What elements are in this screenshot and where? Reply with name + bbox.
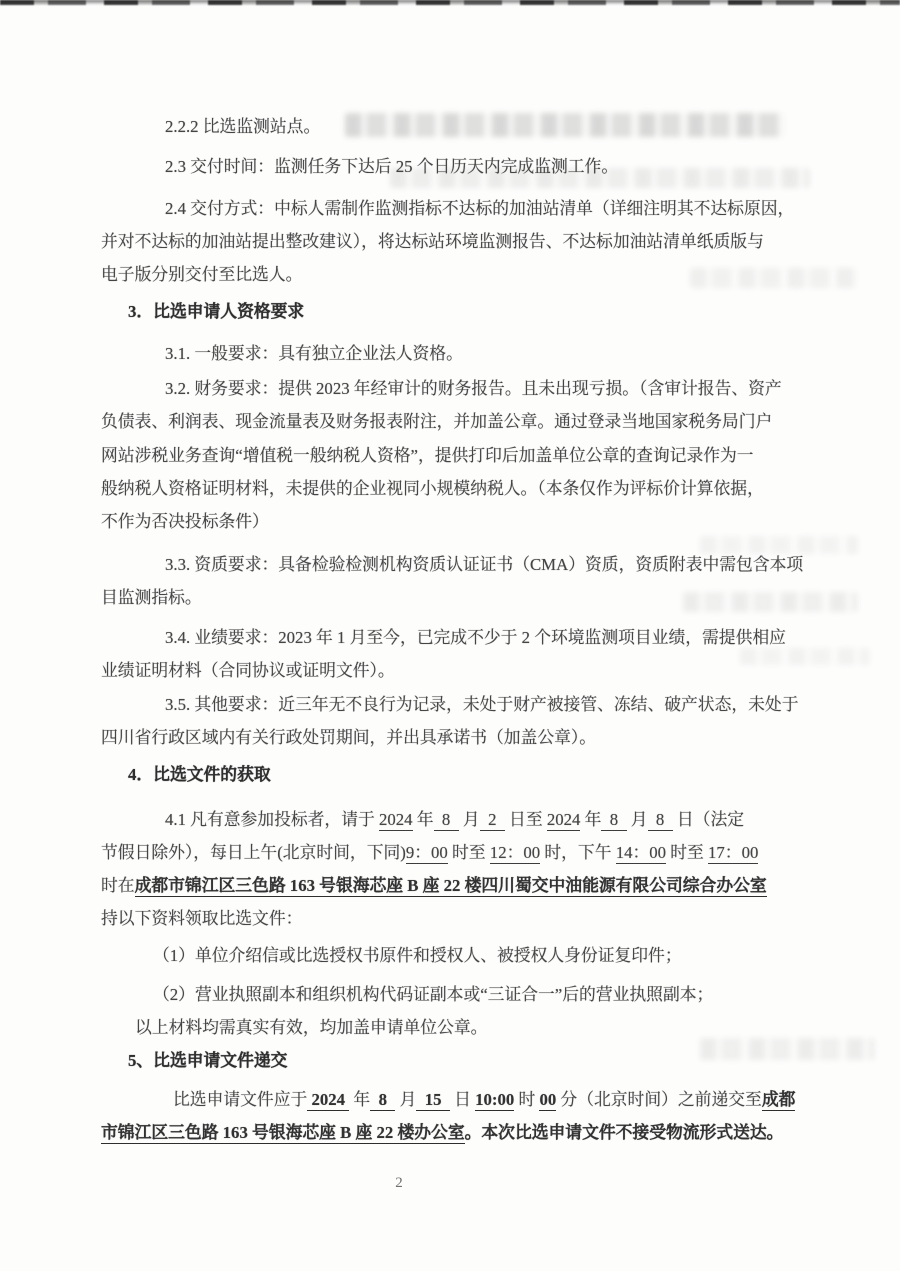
clause-4-1-line-3: 时在成都市锦江区三色路 163 号银海芯座 B 座 22 楼四川蜀交中油能源有限… <box>101 869 900 902</box>
clause-3-5-line-1: 3.5. 其他要求：近三年无不良行为记录，未处于财产被接管、冻结、破产状态，未处… <box>101 688 900 721</box>
text-run: 3.2. 财务要求：提供 2023 年经审计的财务报告。且未出现亏损。（含审计报… <box>165 379 782 398</box>
page-footer: 2 <box>0 1173 799 1193</box>
text-run: 日（法定 <box>673 810 744 829</box>
time-value: 12：00 <box>490 843 540 864</box>
text-run: 4．比选文件的获取 <box>128 765 271 784</box>
text-run: 月 <box>459 810 480 829</box>
clause-3-2-line-5: 不作为否决投标条件） <box>101 505 900 538</box>
clause-5-line-1: 比选申请文件应于 2024 年 8 月 15 日 10:00 时 00 分（北京… <box>101 1083 900 1116</box>
clause-4-1-line-4: 持以下资料领取比选文件： <box>101 902 900 935</box>
date-day-value: 2 <box>480 810 505 831</box>
list-item-2: （2）营业执照副本和组织机构代码证副本或“三证合一”后的营业执照副本； <box>101 978 900 1011</box>
text-run: 4.1 凡有意参加投标者，请于 <box>165 810 379 829</box>
clause-2-4-line-2: 并对不达标的加油站提出整改建议），将达标站环境监测报告、不达标加油站清单纸质版与 <box>101 225 900 258</box>
text-run: 时至 <box>448 843 490 862</box>
submission-address: 市锦江区三色路 163 号银海芯座 B 座 22 楼办公室 <box>101 1123 465 1144</box>
text-run: 年 <box>413 810 434 829</box>
text-run: 业绩证明材料（合同协议或证明文件）。 <box>101 661 395 680</box>
text-run: 网站涉税业务查询“增值税一般纳税人资格”，提供打印后加盖单位公章的查询记录作为一 <box>101 446 754 465</box>
text-run: 四川省行政区域内有关行政处罚期间，并出具承诺书（加盖公章）。 <box>101 728 596 747</box>
clause-2-2-2: 2.2.2 比选监测站点。 <box>101 110 900 143</box>
text-run: 2.2.2 比选监测站点。 <box>165 117 320 136</box>
clause-3-4-line-1: 3.4. 业绩要求：2023 年 1 月至今，已完成不少于 2 个环境监测项目业… <box>101 621 900 654</box>
text-run: 时在 <box>101 876 135 895</box>
submission-address: 成都 <box>762 1090 796 1111</box>
date-year-value: 2024 <box>547 810 581 831</box>
clause-2-3: 2.3 交付时间：监测任务下达后 25 个日历天内完成监测工作。 <box>101 150 900 183</box>
clause-3-4-line-2: 业绩证明材料（合同协议或证明文件）。 <box>101 654 900 687</box>
text-run: 电子版分别交付至比选人。 <box>101 265 302 284</box>
clause-2-4-line-3: 电子版分别交付至比选人。 <box>101 258 900 291</box>
text-run: 持以下资料领取比选文件： <box>101 909 302 928</box>
text-run: 月 <box>395 1090 416 1109</box>
text-run: 年 <box>349 1090 370 1109</box>
materials-note: 以上材料均需真实有效，均加盖申请单位公章。 <box>101 1011 900 1044</box>
text-run: 5、比选申请文件递交 <box>128 1051 287 1070</box>
date-day-value: 8 <box>648 810 673 831</box>
date-month-value: 8 <box>601 810 626 831</box>
text-run: （1）单位介绍信或比选授权书原件和授权人、被授权人身份证复印件； <box>153 946 682 965</box>
text-run: 负债表、利润表、现金流量表及财务报表附注，并加盖公章。通过登录当地国家税务局门户 <box>101 412 772 431</box>
text-run: 日 <box>450 1090 475 1109</box>
date-year-value: 2024 <box>379 810 413 831</box>
text-run: 3.3. 资质要求：具备检验检测机构资质认证证书（CMA）资质，资质附表中需包含… <box>165 555 803 574</box>
text-run: 3.5. 其他要求：近三年无不良行为记录，未处于财产被接管、冻结、破产状态，未处… <box>165 695 799 714</box>
text-run: （2）营业执照副本和组织机构代码证副本或“三证合一”后的营业执照副本； <box>153 985 713 1004</box>
text-run: 般纳税人资格证明材料，未提供的企业视同小规模纳税人。（本条仅作为评标价计算依据， <box>101 479 764 498</box>
text-run: 3.4. 业绩要求：2023 年 1 月至今，已完成不少于 2 个环境监测项目业… <box>165 628 786 647</box>
deadline-year-value: 2024 <box>307 1090 349 1111</box>
clause-2-4-line-1: 2.4 交付方式：中标人需制作监测指标不达标的加油站清单（详细注明其不达标原因， <box>101 192 900 225</box>
clause-5-line-2: 市锦江区三色路 163 号银海芯座 B 座 22 楼办公室。本次比选申请文件不接… <box>101 1116 900 1149</box>
clause-4-1-line-2: 节假日除外），每日上午(北京时间，下同)9：00 时至 12：00 时，下午 1… <box>101 836 900 869</box>
text-run: 年 <box>580 810 601 829</box>
text-run: 以上材料均需真实有效，均加盖申请单位公章。 <box>135 1018 487 1037</box>
text-run: 时至 <box>666 843 708 862</box>
clause-3-2-line-3: 网站涉税业务查询“增值税一般纳税人资格”，提供打印后加盖单位公章的查询记录作为一 <box>101 439 900 472</box>
clause-3-5-line-2: 四川省行政区域内有关行政处罚期间，并出具承诺书（加盖公章）。 <box>101 721 900 754</box>
text-run: 2.4 交付方式：中标人需制作监测指标不达标的加油站清单（详细注明其不达标原因， <box>165 199 794 218</box>
section-heading-4: 4．比选文件的获取 <box>101 758 900 791</box>
text-run: 并对不达标的加油站提出整改建议），将达标站环境监测报告、不达标加油站清单纸质版与 <box>101 232 764 251</box>
clause-3-3-line-1: 3.3. 资质要求：具备检验检测机构资质认证证书（CMA）资质，资质附表中需包含… <box>101 548 900 581</box>
section-heading-3: 3．比选申请人资格要求 <box>101 295 900 328</box>
text-run: 月 <box>627 810 648 829</box>
time-value: 17：00 <box>708 843 758 864</box>
page-number: 2 <box>395 1175 404 1191</box>
list-item-1: （1）单位介绍信或比选授权书原件和授权人、被授权人身份证复印件； <box>101 939 900 972</box>
document-body: 2.2.2 比选监测站点。 2.3 交付时间：监测任务下达后 25 个日历天内完… <box>0 0 900 1193</box>
text-run: 时 <box>514 1090 539 1109</box>
deadline-day-value: 15 <box>416 1090 450 1111</box>
text-run: 2.3 交付时间：监测任务下达后 25 个日历天内完成监测工作。 <box>165 157 618 176</box>
text-run: 节假日除外），每日上午(北京时间，下同) <box>101 843 406 862</box>
no-logistics-note: 。本次比选申请文件不接受物流形式送达。 <box>465 1123 784 1142</box>
text-run: 日至 <box>505 810 547 829</box>
document-page: 2.2.2 比选监测站点。 2.3 交付时间：监测任务下达后 25 个日历天内完… <box>0 0 900 1271</box>
text-run: 3.1. 一般要求：具有独立企业法人资格。 <box>165 344 463 363</box>
text-run: 分（北京时间）之前递交至 <box>556 1090 762 1109</box>
section-heading-5: 5、比选申请文件递交 <box>101 1044 900 1077</box>
text-run: 不作为否决投标条件） <box>101 512 269 531</box>
text-run: 时，下午 <box>540 843 616 862</box>
text-run: 3．比选申请人资格要求 <box>128 302 304 321</box>
clause-3-1: 3.1. 一般要求：具有独立企业法人资格。 <box>101 337 900 370</box>
date-month-value: 8 <box>434 810 459 831</box>
deadline-hour-value: 10:00 <box>475 1090 514 1111</box>
deadline-minute-value: 00 <box>539 1090 556 1111</box>
text-run: 比选申请文件应于 <box>173 1090 307 1109</box>
clause-3-2-line-1: 3.2. 财务要求：提供 2023 年经审计的财务报告。且未出现亏损。（含审计报… <box>101 372 900 405</box>
text-run: 目监测指标。 <box>101 588 202 607</box>
clause-3-2-line-2: 负债表、利润表、现金流量表及财务报表附注，并加盖公章。通过登录当地国家税务局门户 <box>101 405 900 438</box>
clause-4-1-line-1: 4.1 凡有意参加投标者，请于 2024 年 8 月 2 日至 2024 年 8… <box>101 803 900 836</box>
time-value: 9：00 <box>406 843 448 864</box>
deadline-month-value: 8 <box>370 1090 395 1111</box>
time-value: 14：00 <box>616 843 666 864</box>
clause-3-3-line-2: 目监测指标。 <box>101 581 900 614</box>
pickup-address: 成都市锦江区三色路 163 号银海芯座 B 座 22 楼四川蜀交中油能源有限公司… <box>135 876 767 897</box>
clause-3-2-line-4: 般纳税人资格证明材料，未提供的企业视同小规模纳税人。（本条仅作为评标价计算依据， <box>101 472 900 505</box>
